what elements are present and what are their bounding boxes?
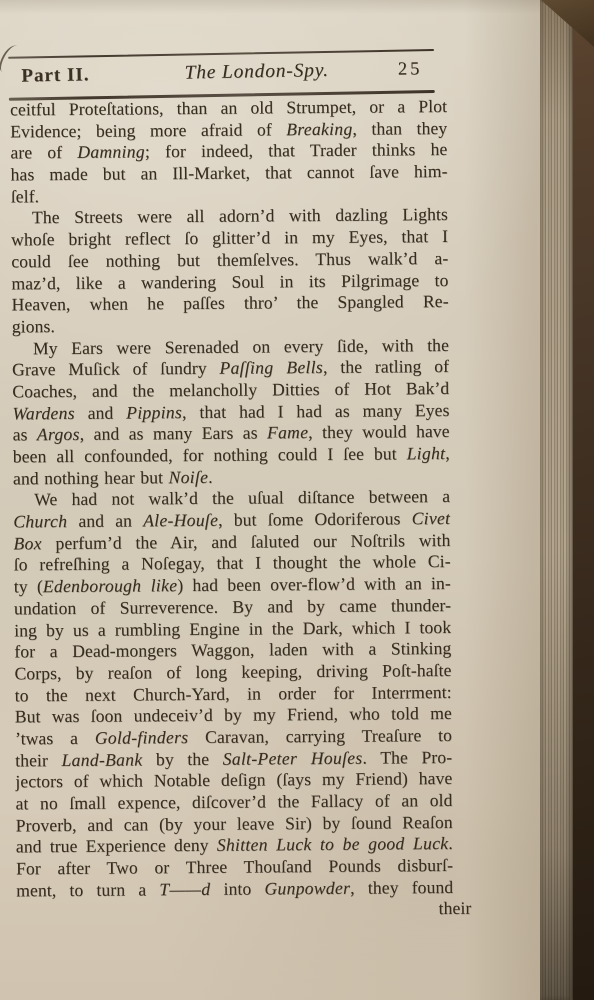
body-text: ceitful Proteſtations, than an old Strum…: [10, 96, 453, 924]
text-line: Heaven, when he paſſes thro’ the Spangle…: [12, 291, 449, 316]
section-label: Part II.: [21, 65, 90, 88]
page-fore-edge: [540, 0, 573, 1000]
running-header: Part II. The London-Spy. 25: [8, 49, 435, 100]
page-title: The London-Spy.: [184, 60, 329, 85]
catchword-line: their: [16, 898, 471, 923]
text-line: been all confounded, for nothing could I…: [13, 443, 450, 468]
book-page-scan: Part II. The London-Spy. 25 ceitful Prot…: [0, 0, 594, 1000]
text-line: has made but an Ill-Market, that cannot …: [11, 161, 448, 186]
page-number: 25: [398, 60, 423, 81]
text-line: ment, to turn a T——d into Gunpowder, the…: [16, 877, 453, 902]
